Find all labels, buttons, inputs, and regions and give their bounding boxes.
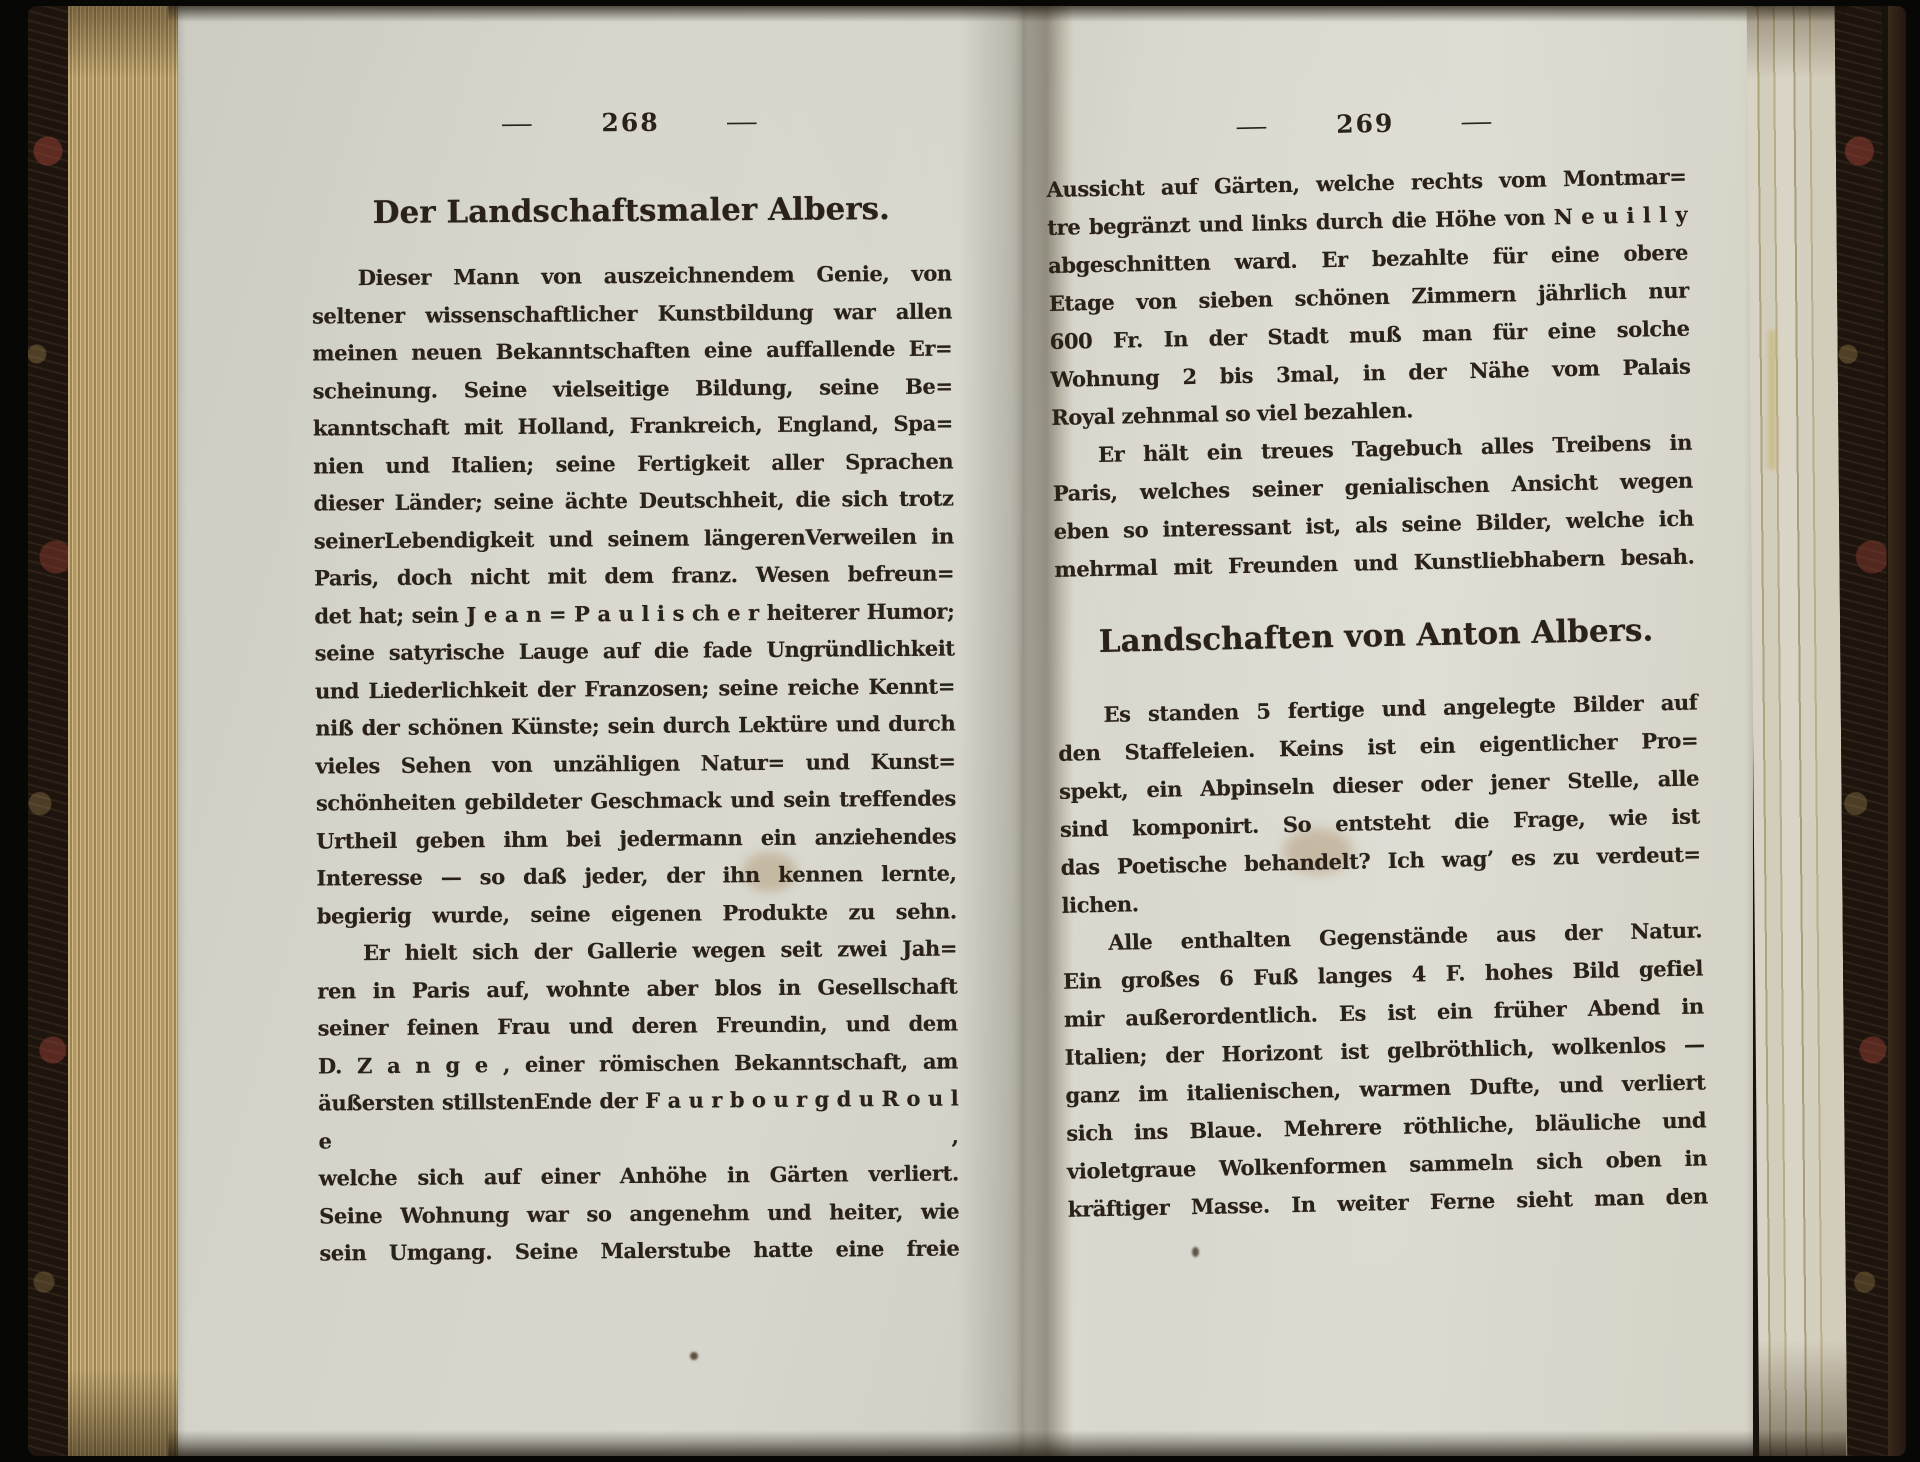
page-edges-right [1747,6,1848,1456]
ink-speck [1192,1247,1199,1257]
chapter-title: Der Landschaftsmaler Albers. [311,191,951,232]
header-dash: — [725,107,760,136]
page-269-body-text-bottom: Es standen 5 fertige und angelegte Bilde… [1057,683,1708,1228]
text-line: schönheiten gebildeter Geschmack und sei… [316,779,956,822]
text-line: Urtheil geben ihm bei jedermann ein anzi… [316,817,956,860]
text-line: seine satyrische Lauge auf die fade Ungr… [315,629,955,672]
page-header-268: — 268 — [310,106,950,140]
gilt-fore-edge-page-stack [68,6,178,1456]
text-line: Paris, doch nicht mit dem franz. Wesen b… [314,554,954,597]
page-269-content: — 269 — Aussicht auf Gärten, welche rech… [1045,103,1708,1229]
marbled-cover-left [28,6,68,1456]
header-dash: — [1235,111,1271,141]
text-line: Interesse — so daß jeder, der ihn kennen… [316,854,956,897]
text-line: det hat; sein J e a n = P a u l i s ch e… [314,592,954,635]
text-line: niß der schönen Künste; sein durch Lektü… [315,704,955,747]
leather-spine-edge [1888,6,1906,1456]
text-line: und Liederlichkeit der Franzosen; seine … [315,667,955,710]
page-number-268: 268 [601,108,659,137]
open-book: — 268 — Der Landschaftsmaler Albers. Die… [28,6,1906,1456]
ink-speck [690,1352,698,1360]
text-line: Dieser Mann von auszeichnendem Genie, vo… [312,255,952,298]
text-line: D. Z a n g e , einer römischen Bekanntsc… [318,1042,958,1085]
edge-discoloration [1768,330,1776,470]
text-line: seiner feinen Frau und deren Freundin, u… [318,1004,958,1047]
text-line: Er hielt sich der Gallerie wegen seit zw… [317,929,957,972]
header-dash: — [500,109,535,138]
text-line: äußersten stillstenEnde der F a u r b o … [318,1079,959,1159]
text-line: begierig wurde, seine eigenen Produkte z… [317,892,957,935]
text-line: scheinung. Seine vielseitige Bildung, se… [313,367,953,410]
text-line: welche sich auf einer Anhöhe in Gärten v… [319,1154,959,1197]
page-268-content: — 268 — Der Landschaftsmaler Albers. Die… [310,106,959,1272]
page-269-body-text-top: Aussicht auf Gärten, welche rechts vom M… [1046,158,1695,589]
text-line: vieles Sehen von unzähligen Natur= und K… [315,742,955,785]
text-line: meinen neuen Bekanntschaften eine auffal… [312,329,952,372]
text-line: nien und Italien; seine Fertigkeit aller… [313,442,953,485]
text-line: dieser Länder; seine ächte Deutschheit, … [313,479,953,522]
page-number-269: 269 [1336,109,1395,139]
photo-background: — 268 — Der Landschaftsmaler Albers. Die… [0,0,1920,1462]
text-line: seinerLebendigkeit und seinem längerenVe… [314,517,954,560]
text-line: seltener wissenschaftlicher Kunstbildung… [312,292,952,335]
page-268-body-text: Dieser Mann von auszeichnendem Genie, vo… [312,255,960,1272]
section-heading: Landschaften von Anton Albers. [1056,611,1697,660]
header-dash: — [1460,107,1496,137]
text-line: kanntschaft mit Holland, Frankreich, Eng… [313,404,953,447]
text-line: Seine Wohnung war so angenehm und heiter… [319,1192,959,1235]
text-line: sein Umgang. Seine Malerstube hatte eine… [319,1229,959,1272]
text-line: ren in Paris auf, wohnte aber blos in Ge… [317,967,957,1010]
